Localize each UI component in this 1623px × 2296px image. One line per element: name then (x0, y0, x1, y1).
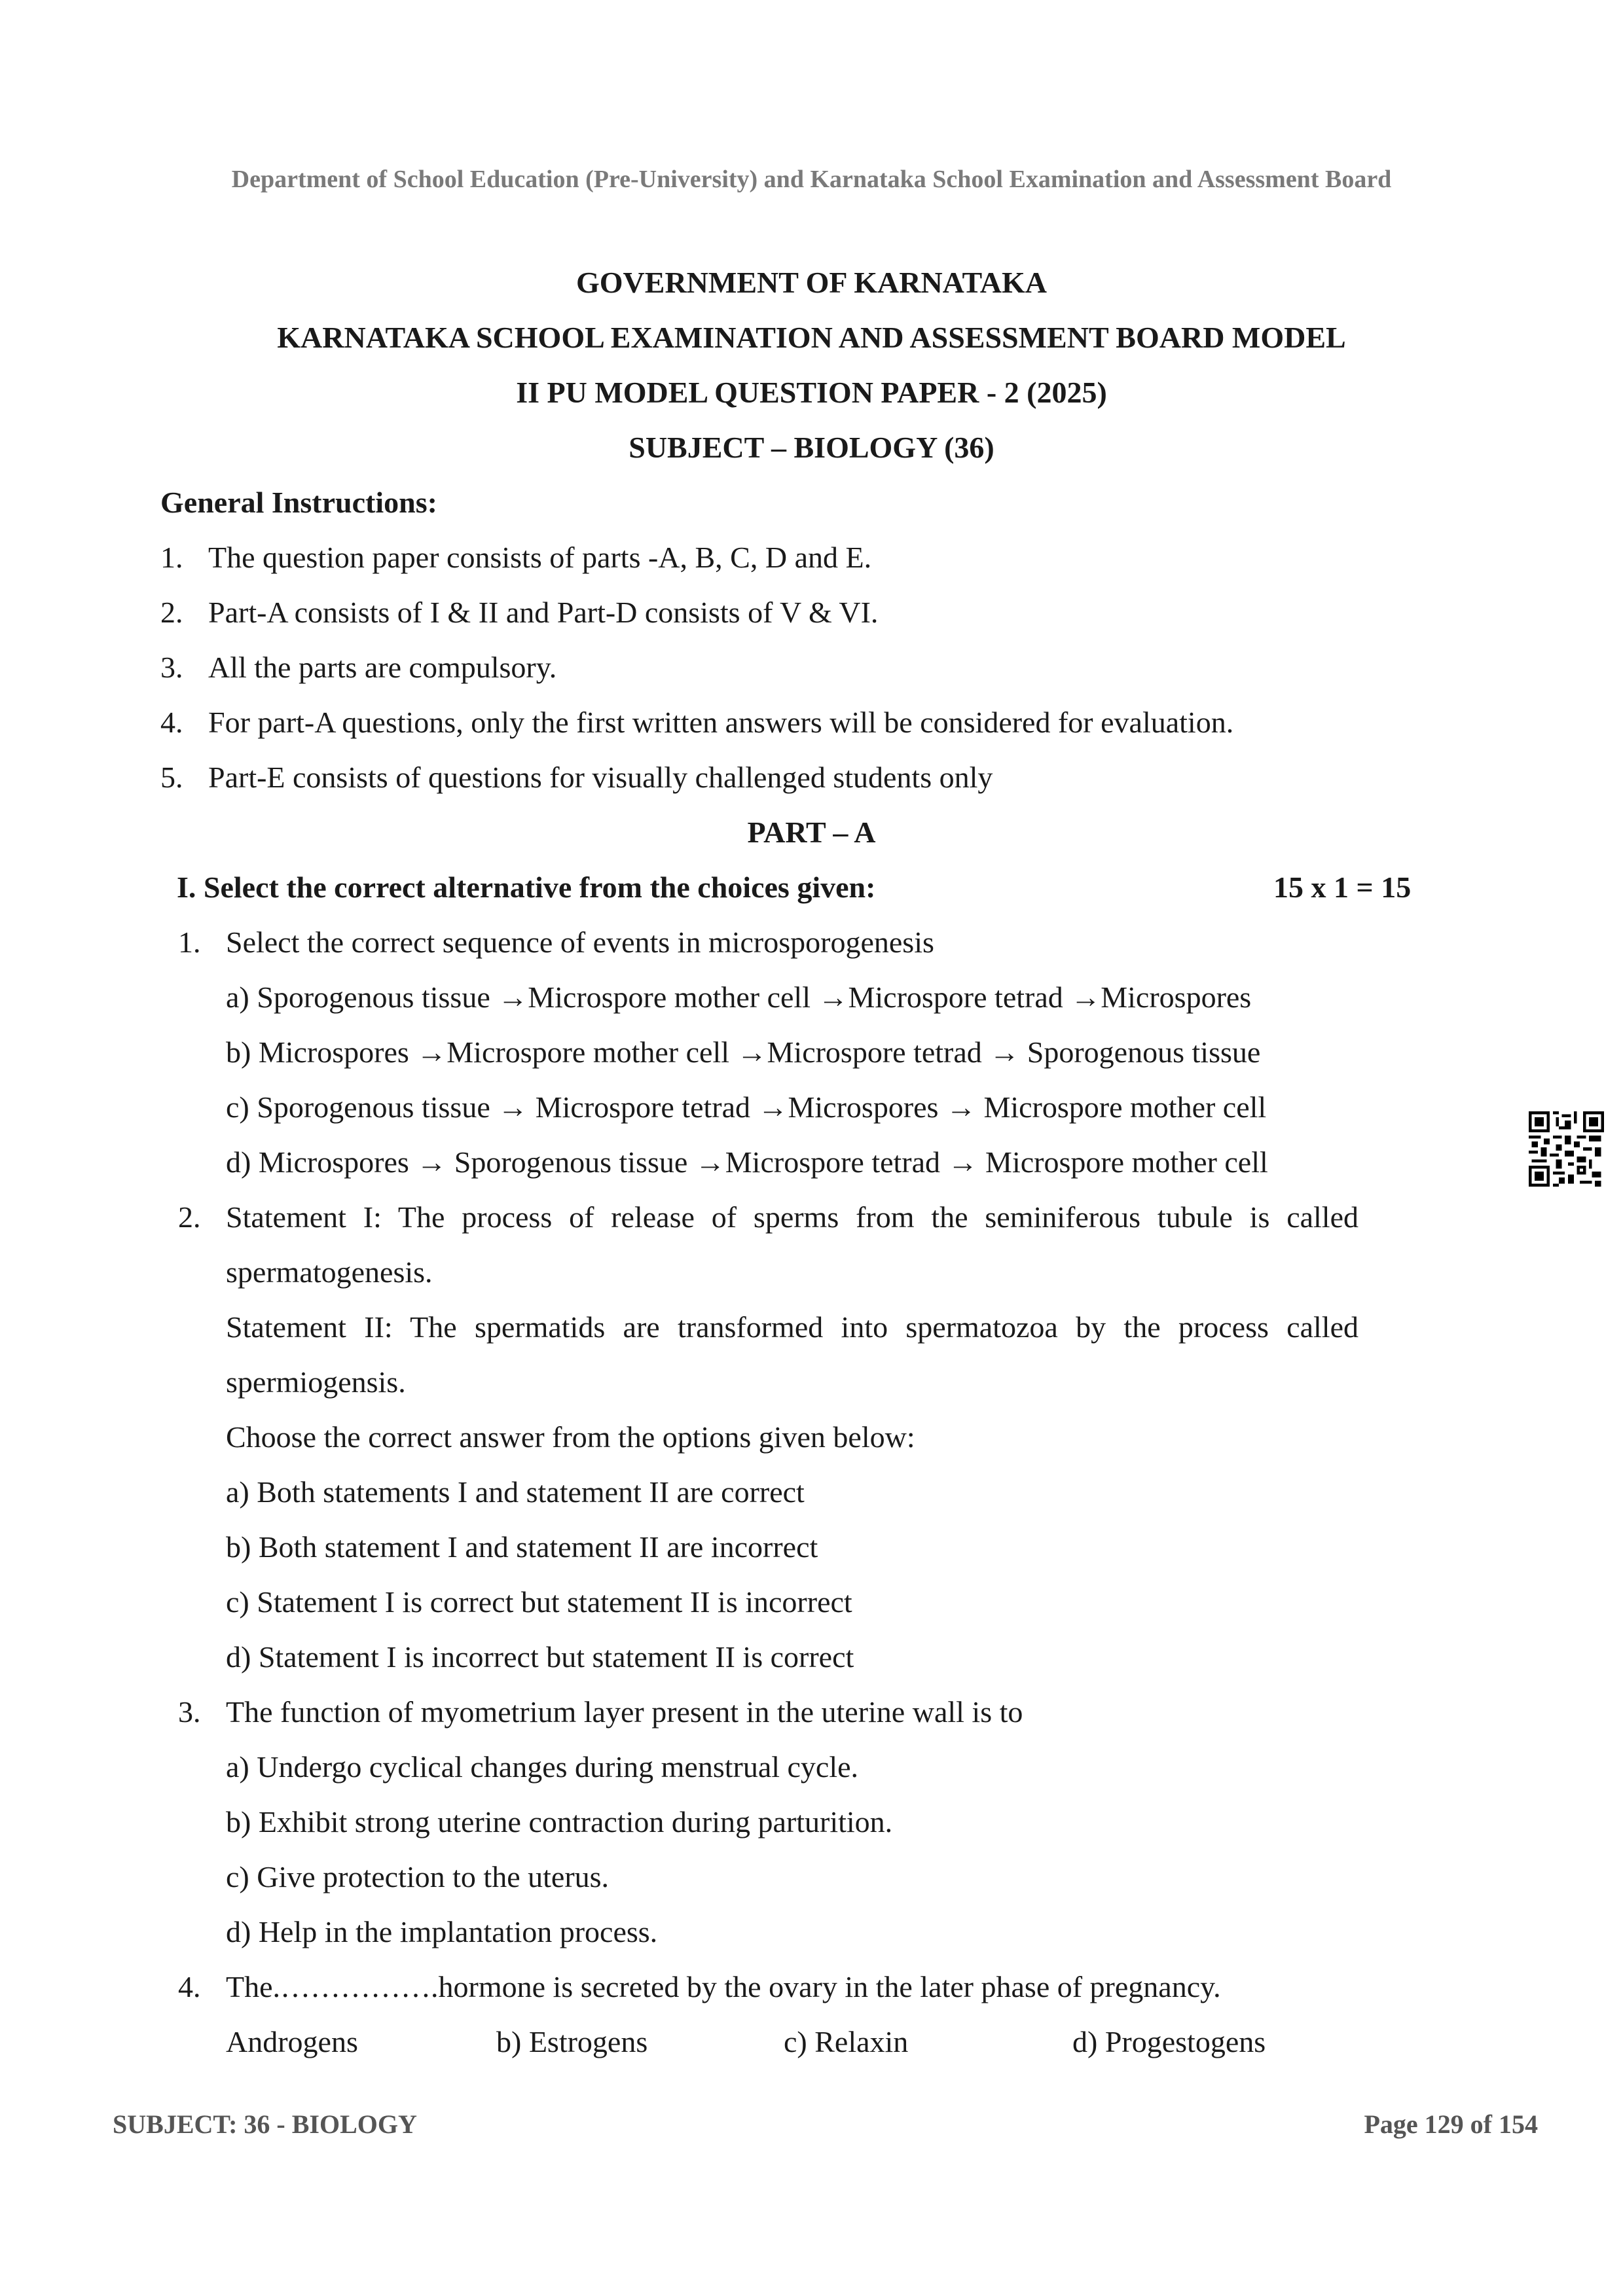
instruction-number: 2. (160, 595, 183, 630)
instruction-number: 5. (160, 760, 183, 795)
option-d: d) Statement I is incorrect but statemen… (226, 1640, 854, 1674)
instructions-heading: General Instructions: (160, 485, 437, 520)
option-b: b) Exhibit strong uterine contraction du… (226, 1804, 892, 1839)
option-c: c) Relaxin (784, 2024, 908, 2059)
option-a: a) Sporogenous tissue →Microspore mother… (226, 980, 1251, 1014)
option-d: d) Progestogens (1072, 2024, 1266, 2059)
instruction-number: 3. (160, 650, 183, 685)
option-c: c) Statement I is correct but statement … (226, 1585, 852, 1619)
question-number: 2. (178, 1200, 201, 1234)
option-a: Androgens (226, 2024, 358, 2059)
part-a-heading: PART – A (0, 815, 1623, 850)
instruction-item: Part-E consists of questions for visuall… (208, 760, 993, 795)
section-title: I. Select the correct alternative from t… (177, 870, 875, 905)
instruction-item: For part-A questions, only the first wri… (208, 705, 1233, 740)
option-d: d) Microspores → Sporogenous tissue →Mic… (226, 1145, 1268, 1179)
question-number: 1. (178, 925, 201, 960)
footer-subject: SUBJECT: 36 - BIOLOGY (113, 2109, 417, 2140)
option-d: d) Help in the implantation process. (226, 1914, 657, 1949)
instruction-number: 4. (160, 705, 183, 740)
title-government: GOVERNMENT OF KARNATAKA (0, 265, 1623, 300)
statement-2-continued: spermiogensis. (226, 1365, 406, 1399)
option-b: b) Both statement I and statement II are… (226, 1530, 818, 1564)
instruction-item: The question paper consists of parts -A,… (208, 540, 871, 575)
question-text: Select the correct sequence of events in… (226, 925, 934, 960)
title-paper: II PU MODEL QUESTION PAPER - 2 (2025) (0, 375, 1623, 410)
option-a: a) Both statements I and statement II ar… (226, 1475, 805, 1509)
statement-2: Statement II: The spermatids are transfo… (226, 1310, 1359, 1344)
option-b: b) Estrogens (496, 2024, 647, 2059)
option-b: b) Microspores →Microspore mother cell →… (226, 1035, 1260, 1069)
qr-code-icon (1529, 1111, 1604, 1187)
section-marks: 15 x 1 = 15 (1273, 870, 1411, 905)
instruction-item: All the parts are compulsory. (208, 650, 556, 685)
department-header: Department of School Education (Pre-Univ… (0, 165, 1623, 194)
title-subject: SUBJECT – BIOLOGY (36) (0, 430, 1623, 465)
statement-1: Statement I: The process of release of s… (226, 1200, 1359, 1234)
statement-1-continued: spermatogenesis. (226, 1255, 433, 1289)
question-text: The function of myometrium layer present… (226, 1695, 1023, 1729)
instruction-number: 1. (160, 540, 183, 575)
question-number: 4. (178, 1969, 201, 2004)
option-c: c) Give protection to the uterus. (226, 1859, 609, 1894)
instruction-item: Part-A consists of I & II and Part-D con… (208, 595, 878, 630)
question-number: 3. (178, 1695, 201, 1729)
question-prompt: Choose the correct answer from the optio… (226, 1420, 915, 1454)
title-board: KARNATAKA SCHOOL EXAMINATION AND ASSESSM… (0, 320, 1623, 355)
option-a: a) Undergo cyclical changes during menst… (226, 1749, 858, 1784)
option-c: c) Sporogenous tissue → Microspore tetra… (226, 1090, 1266, 1124)
footer-page-number: Page 129 of 154 (1364, 2109, 1538, 2140)
question-text: The.…………….hormone is secreted by the ova… (226, 1969, 1221, 2004)
